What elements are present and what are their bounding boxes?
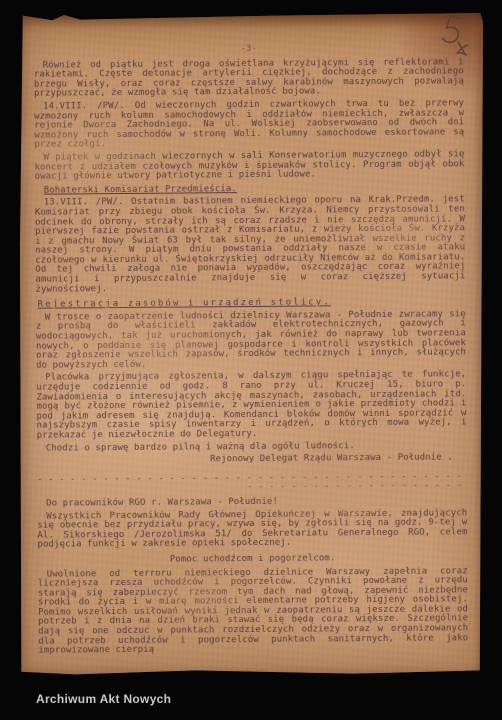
scanned-document-photo: -3- Również od piątku jest droga oświetl…: [0, 0, 502, 720]
page-number: -3-: [34, 43, 464, 56]
paragraph-komisariat: 13.VIII. /PW/. Ostatnim bastionem niemie…: [35, 196, 466, 295]
paragraph-concert: W piątek w godzinach wieczornych w sali …: [34, 150, 464, 182]
section-heading-pomoc: Pomoc uchodźcom i pogorzelcom.: [38, 553, 468, 566]
dashed-separator-short: - - - - - - - - - - - - - - - - - - - -: [247, 482, 467, 493]
document-page: -3- Również od piątku jest droga oświetl…: [20, 13, 483, 677]
paragraph-rgo: Wszystkich Pracowników Rady Głównej Opie…: [37, 509, 467, 551]
paragraph-pomoc: Uwolnione od terroru niemieckiego dzieln…: [38, 567, 469, 657]
archive-watermark: Archiwum Akt Nowych: [36, 692, 171, 706]
typewritten-text-block: -3- Również od piątku jest droga oświetl…: [34, 43, 469, 659]
handwritten-pencil-mark-5: [433, 12, 481, 64]
paragraph-urgent-note: Chodzi o sprawę bardzo pilną i ważną dla…: [37, 441, 467, 454]
signature-line: Rejonowy Delegat Rządu Warszawa - Połudn…: [37, 453, 467, 466]
paragraph-troop-movements: 14.VIII. /PW/. Od wieczornych godzin czw…: [34, 99, 464, 150]
section-heading-komisariat: Bohaterski Komisariat Przedmieścia.: [35, 183, 465, 196]
paragraph-rejestracja-1: W trosce o zaopatrzenie ludności dzielni…: [36, 310, 466, 371]
paragraph-rejestracja-2: Placówka przyjmująca zgłoszenia, w dalsz…: [36, 371, 467, 442]
paragraph-front-report: Również od piątku jest droga oświetlana …: [34, 58, 464, 100]
rgo-call-line: Do pracowników RGO r. Warszawa - Południ…: [37, 496, 467, 509]
section-heading-rejestracja: Rejestracja zasobów i urządzeń stolicy.: [36, 298, 466, 311]
